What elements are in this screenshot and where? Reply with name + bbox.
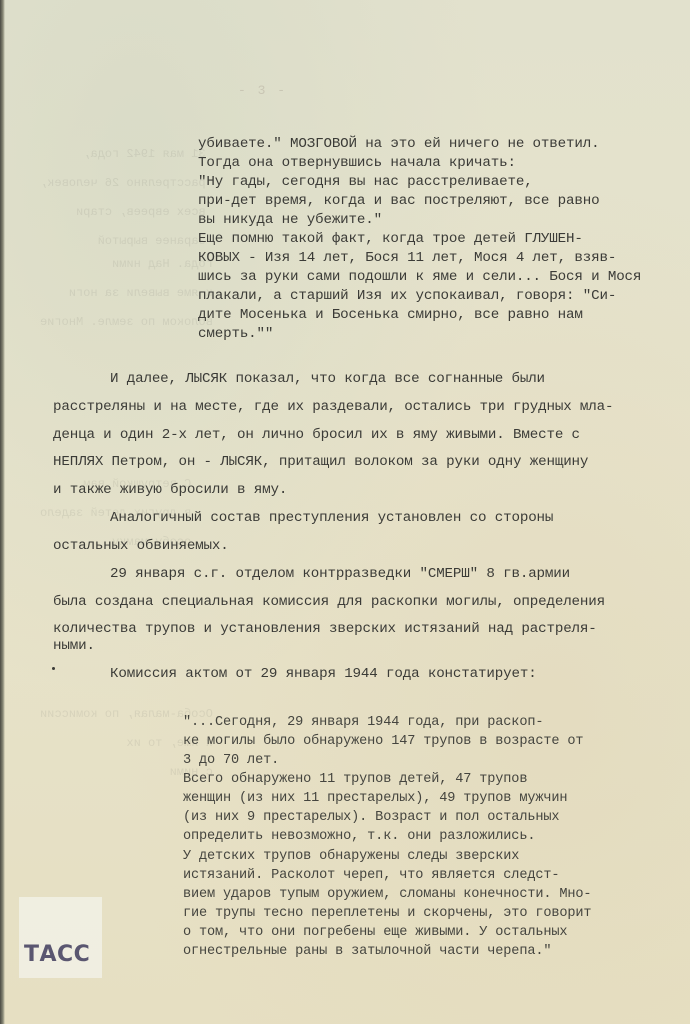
text-line: дите Мосенька и Босенька смирно, все рав… — [198, 307, 583, 323]
tass-logo: ТАСС — [24, 944, 90, 966]
margin-mark — [52, 667, 55, 670]
text-line: НЕПЛЯХ Петром, он - ЛЫСЯК, притащил воло… — [53, 454, 588, 470]
text-line: денца и один 2-х лет, он лично бросил их… — [53, 427, 580, 443]
text-line: истязаний. Расколот череп, что является … — [183, 868, 559, 883]
text-line: плакали, а старший Изя их успокаивал, го… — [198, 288, 616, 304]
text-line: 3 до 70 лет. — [183, 753, 279, 768]
text-line: гие трупы тесно переплетены и скорчены, … — [183, 906, 591, 921]
page-number: - 3 - — [238, 83, 287, 98]
bleed-through-text: 31 мая 1942 года, расстреляно 26 человек… — [40, 140, 206, 256]
text-line: количества трупов и установления зверски… — [53, 621, 597, 637]
text-line: "Ну гады, сегодня вы нас расстреливаете, — [198, 174, 533, 190]
text-line: была создана специальная комиссия для ра… — [53, 594, 605, 610]
text-line: вы никуда не убежите." — [198, 212, 382, 228]
text-line: ными. — [53, 638, 95, 654]
text-line: о том, что они погребены еще живыми. У о… — [183, 925, 567, 940]
text-line: И далее, ЛЫСЯК показал, что когда все со… — [110, 371, 545, 387]
text-line: смерть."" — [198, 326, 273, 342]
text-line: Тогда она отвернувшись начала кричать: — [198, 155, 516, 171]
text-line: Комиссия актом от 29 января 1944 года ко… — [110, 666, 537, 682]
text-line: Всего обнаружено 11 трупов детей, 47 тру… — [183, 772, 527, 787]
text-line: вием ударов тупым оружием, сломаны конеч… — [183, 887, 591, 902]
text-line: остальных обвиняемых. — [53, 538, 229, 554]
text-line: женщин (из них 11 престарелых), 49 трупо… — [183, 791, 567, 806]
bleed-through-text: года. Над ними к яме вывели за ноги воло… — [40, 250, 213, 337]
text-line: 29 января с.г. отделом контрразведки "СМ… — [110, 566, 570, 582]
text-line: Еще помню такой факт, когда трое детей Г… — [198, 231, 583, 247]
text-line: У детских трупов обнаружены следы зверск… — [183, 849, 519, 864]
text-line: и также живую бросили в яму. — [53, 482, 287, 498]
page-binding-edge — [0, 0, 5, 1024]
text-line: КОВЫХ - Изя 14 лет, Бося 11 лет, Мося 4 … — [198, 250, 616, 266]
text-line: Аналогичный состав преступления установл… — [110, 510, 553, 526]
text-line: огнестрельные раны в затылочной части че… — [183, 944, 551, 959]
document-page: 31 мая 1942 года, расстреляно 26 человек… — [0, 0, 690, 1024]
text-line: расстреляны и на месте, где их раздевали… — [53, 399, 613, 415]
text-line: определить невозможно, т.к. они разложил… — [183, 829, 535, 844]
text-line: убиваете." МОЗГОВОЙ на это ей ничего не … — [198, 136, 599, 152]
text-line: ке могилы было обнаружено 147 трупов в в… — [183, 734, 583, 749]
text-line: "...Сегодня, 29 января 1944 года, при ра… — [183, 715, 543, 730]
text-line: (из них 9 престарелых). Возраст и пол ос… — [183, 810, 559, 825]
text-line: шись за руки сами подошли к яме и сели..… — [198, 269, 641, 285]
text-line: при-дет время, когда и вас постреляют, в… — [198, 193, 599, 209]
